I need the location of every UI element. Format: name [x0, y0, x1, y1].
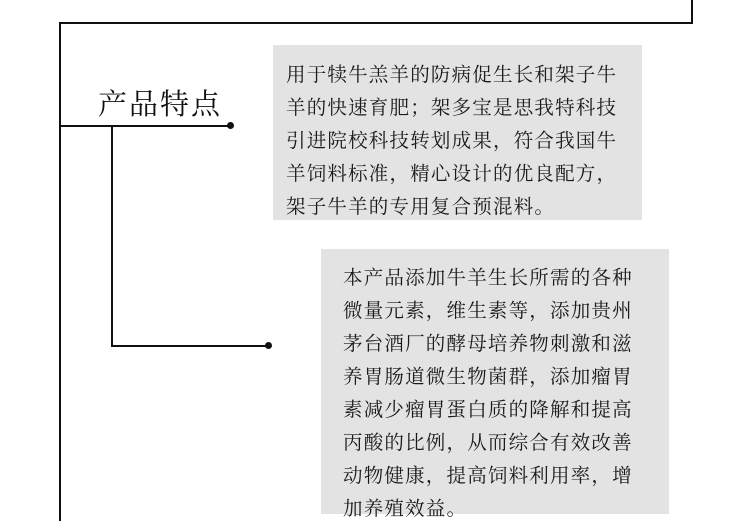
section-title: 产品特点 — [98, 86, 222, 122]
feature-line: 引进院校科技转划成果，符合我国牛 — [286, 124, 632, 157]
feature-line: 用于犊牛羔羊的防病促生长和架子牛 — [286, 58, 632, 91]
feature-line: 养胃肠道微生物菌群，添加瘤胃 — [343, 360, 659, 393]
feature-box-1: 用于犊牛羔羊的防病促生长和架子牛 羊的快速育肥；架多宝是思我特科技 引进院校科技… — [273, 45, 642, 220]
branch-vertical — [111, 126, 113, 347]
feature-line: 动物健康，提高饲料利用率，增 — [343, 459, 659, 492]
branch-horizontal — [111, 345, 269, 347]
feature-box-2: 本产品添加牛羊生长所需的各种 微量元素，维生素等，添加贵州 茅台酒厂的酵母培养物… — [321, 249, 669, 514]
feature-line: 加养殖效益。 — [343, 492, 659, 521]
feature-line: 微量元素，维生素等，添加贵州 — [343, 294, 659, 327]
frame-top-horizontal — [60, 22, 693, 24]
connector-dot-2 — [265, 342, 272, 349]
connector-dot-1 — [227, 122, 234, 129]
title-underline-connector — [60, 125, 231, 127]
feature-line: 素减少瘤胃蛋白质的降解和提高 — [343, 393, 659, 426]
feature-line: 羊的快速育肥；架多宝是思我特科技 — [286, 91, 632, 124]
frame-left-vertical — [59, 22, 61, 521]
feature-line: 架子牛羊的专用复合预混料。 — [286, 190, 632, 223]
feature-line: 丙酸的比例，从而综合有效改善 — [343, 426, 659, 459]
feature-line: 羊饲料标准，精心设计的优良配方， — [286, 157, 632, 190]
feature-line: 茅台酒厂的酵母培养物刺激和滋 — [343, 327, 659, 360]
feature-line: 本产品添加牛羊生长所需的各种 — [343, 261, 659, 294]
frame-right-top-vertical — [691, 0, 693, 24]
